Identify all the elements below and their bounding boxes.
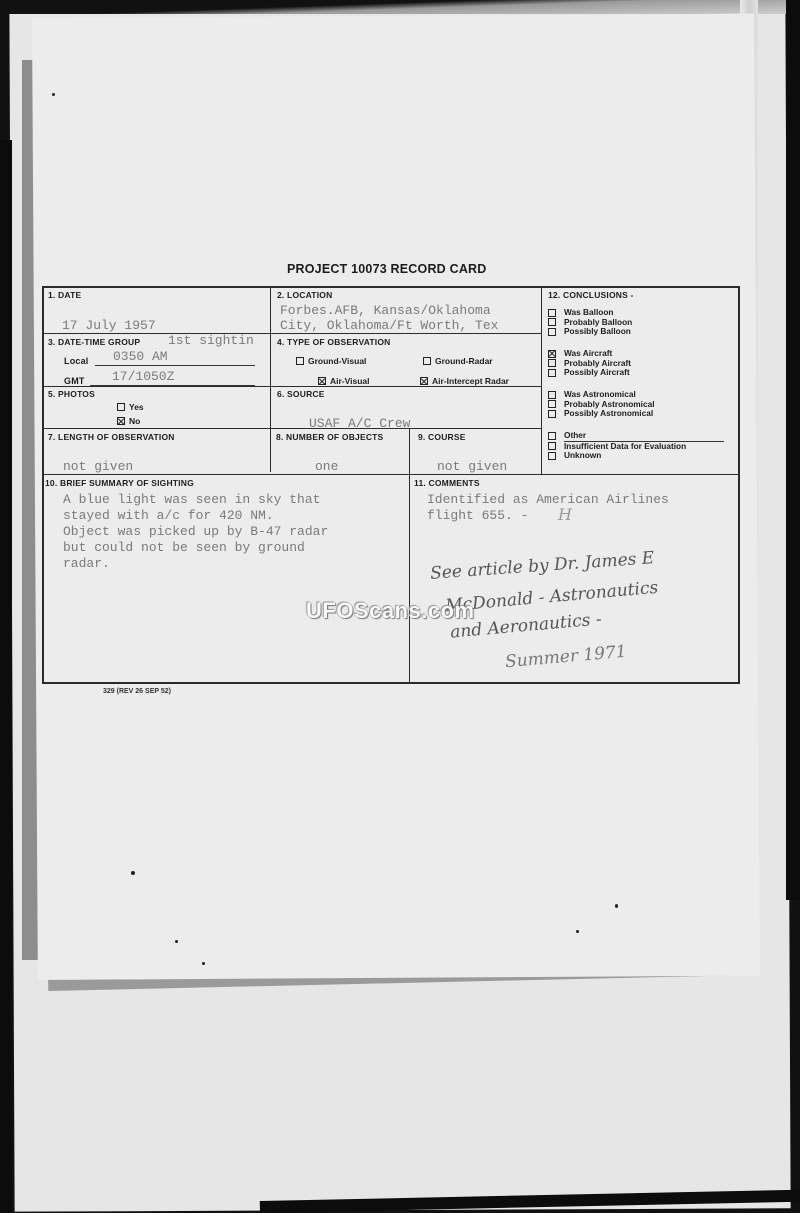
- divider: [270, 286, 271, 472]
- dust-speck: [615, 904, 618, 908]
- summary-line: but could not be seen by ground: [63, 540, 305, 556]
- checkbox-icon: [296, 357, 304, 365]
- divider: [42, 428, 541, 429]
- scan-edge-left: [0, 140, 12, 1213]
- dust-speck: [202, 962, 205, 965]
- checkbox-icon: [548, 442, 556, 450]
- summary-label: 10. BRIEF SUMMARY OF SIGHTING: [45, 478, 194, 488]
- location-line-1: Forbes.AFB, Kansas/Oklahoma: [280, 303, 491, 319]
- option-label: Air-Intercept Radar: [432, 376, 509, 386]
- option-label: Other: [564, 431, 724, 442]
- form-number: 329 (REV 26 SEP 52): [103, 688, 171, 695]
- summary-line: stayed with a/c for 420 NM.: [63, 508, 274, 524]
- photos-yes[interactable]: Yes: [117, 402, 144, 412]
- checkbox-icon: [548, 410, 556, 418]
- photos-no[interactable]: No: [117, 416, 140, 426]
- date-value: 17 July 1957: [62, 318, 156, 334]
- checkbox-icon: [548, 400, 556, 408]
- dust-speck: [576, 930, 579, 933]
- checkbox-icon: [548, 309, 556, 317]
- option-label: No: [129, 416, 140, 426]
- gmt-label: GMT: [64, 376, 85, 386]
- checkbox-checked-icon: [318, 377, 326, 385]
- checkbox-icon: [548, 359, 556, 367]
- comments-line: Identified as American Airlines: [427, 492, 669, 508]
- conclusion-possibly-astronomical[interactable]: Possibly Astronomical: [548, 409, 655, 419]
- checkbox-icon: [548, 369, 556, 377]
- type-of-observation-label: 4. TYPE OF OBSERVATION: [277, 337, 391, 347]
- checkbox-icon: [117, 403, 125, 411]
- local-time-value: 0350 AM: [95, 349, 255, 366]
- option-ground-visual[interactable]: Ground-Visual: [296, 356, 366, 366]
- checkbox-icon: [548, 452, 556, 460]
- conclusion-unknown[interactable]: Unknown: [548, 451, 724, 461]
- conclusion-possibly-balloon[interactable]: Possibly Balloon: [548, 327, 632, 337]
- option-air-intercept-radar[interactable]: Air-Intercept Radar: [420, 376, 509, 386]
- card-title: PROJECT 10073 RECORD CARD: [287, 262, 487, 276]
- option-air-visual[interactable]: Air-Visual: [318, 376, 370, 386]
- scan-edge-top: [0, 0, 800, 14]
- dust-speck: [131, 871, 135, 875]
- checkbox-icon: [423, 357, 431, 365]
- location-label: 2. LOCATION: [277, 290, 332, 300]
- checkbox-icon: [548, 391, 556, 399]
- option-label: Unknown: [564, 451, 601, 461]
- gmt-value: 17/1050Z: [90, 369, 255, 386]
- comments-label: 11. COMMENTS: [414, 478, 480, 488]
- conclusions-group-aircraft: Was Aircraft Probably Aircraft Possibly …: [548, 349, 631, 378]
- conclusions-group-astronomical: Was Astronomical Probably Astronomical P…: [548, 390, 655, 419]
- option-label: Possibly Balloon: [564, 327, 631, 337]
- course-label: 9. COURSE: [418, 432, 466, 442]
- checkbox-checked-icon: [548, 350, 556, 358]
- checkbox-checked-icon: [117, 417, 125, 425]
- course-value: not given: [437, 459, 507, 475]
- date-time-group-note: 1st sightin: [168, 333, 254, 349]
- checkbox-checked-icon: [420, 377, 428, 385]
- source-value: USAF A/C Crew: [309, 416, 410, 432]
- conclusions-label: 12. CONCLUSIONS -: [548, 290, 634, 300]
- conclusions-group-other: Other Insufficient Data for Evaluation U…: [548, 431, 724, 461]
- option-label: Possibly Astronomical: [564, 409, 653, 419]
- photos-label: 5. PHOTOS: [48, 389, 95, 399]
- option-ground-radar[interactable]: Ground-Radar: [423, 356, 493, 366]
- location-line-2: City, Oklahoma/Ft Worth, Tex: [280, 318, 498, 334]
- local-time-text: 0350 AM: [95, 349, 168, 364]
- checkbox-icon: [548, 432, 556, 440]
- option-label: Air-Visual: [330, 376, 370, 386]
- length-of-observation-value: not given: [63, 459, 133, 475]
- date-label: 1. DATE: [48, 290, 81, 300]
- option-label: Ground-Visual: [308, 356, 366, 366]
- divider: [541, 286, 542, 474]
- comments-line: flight 655. -: [427, 508, 528, 524]
- summary-line: radar.: [63, 556, 110, 572]
- option-label: Yes: [129, 402, 144, 412]
- conclusions-group-balloon: Was Balloon Probably Balloon Possibly Ba…: [548, 308, 632, 337]
- handwritten-initials: H: [558, 505, 572, 524]
- summary-line: A blue light was seen in sky that: [63, 492, 320, 508]
- date-time-group-label: 3. DATE-TIME GROUP: [48, 337, 140, 347]
- option-label: Possibly Aircraft: [564, 368, 630, 378]
- divider: [409, 428, 410, 684]
- option-label: Ground-Radar: [435, 356, 493, 366]
- number-of-objects-value: one: [315, 459, 338, 475]
- dust-speck: [175, 940, 178, 943]
- watermark: UFOScans.com: [306, 598, 475, 624]
- scan-edge-right: [786, 0, 800, 900]
- summary-line: Object was picked up by B-47 radar: [63, 524, 328, 540]
- source-label: 6. SOURCE: [277, 389, 325, 399]
- gmt-text: 17/1050Z: [90, 369, 174, 384]
- number-of-objects-label: 8. NUMBER OF OBJECTS: [276, 432, 383, 442]
- divider: [42, 386, 541, 387]
- dust-speck: [52, 93, 55, 96]
- local-time-label: Local: [64, 356, 89, 366]
- conclusion-possibly-aircraft[interactable]: Possibly Aircraft: [548, 368, 631, 378]
- checkbox-icon: [548, 328, 556, 336]
- checkbox-icon: [548, 318, 556, 326]
- length-of-observation-label: 7. LENGTH OF OBSERVATION: [48, 432, 175, 442]
- conclusion-other[interactable]: Other: [548, 431, 724, 442]
- divider: [42, 474, 740, 475]
